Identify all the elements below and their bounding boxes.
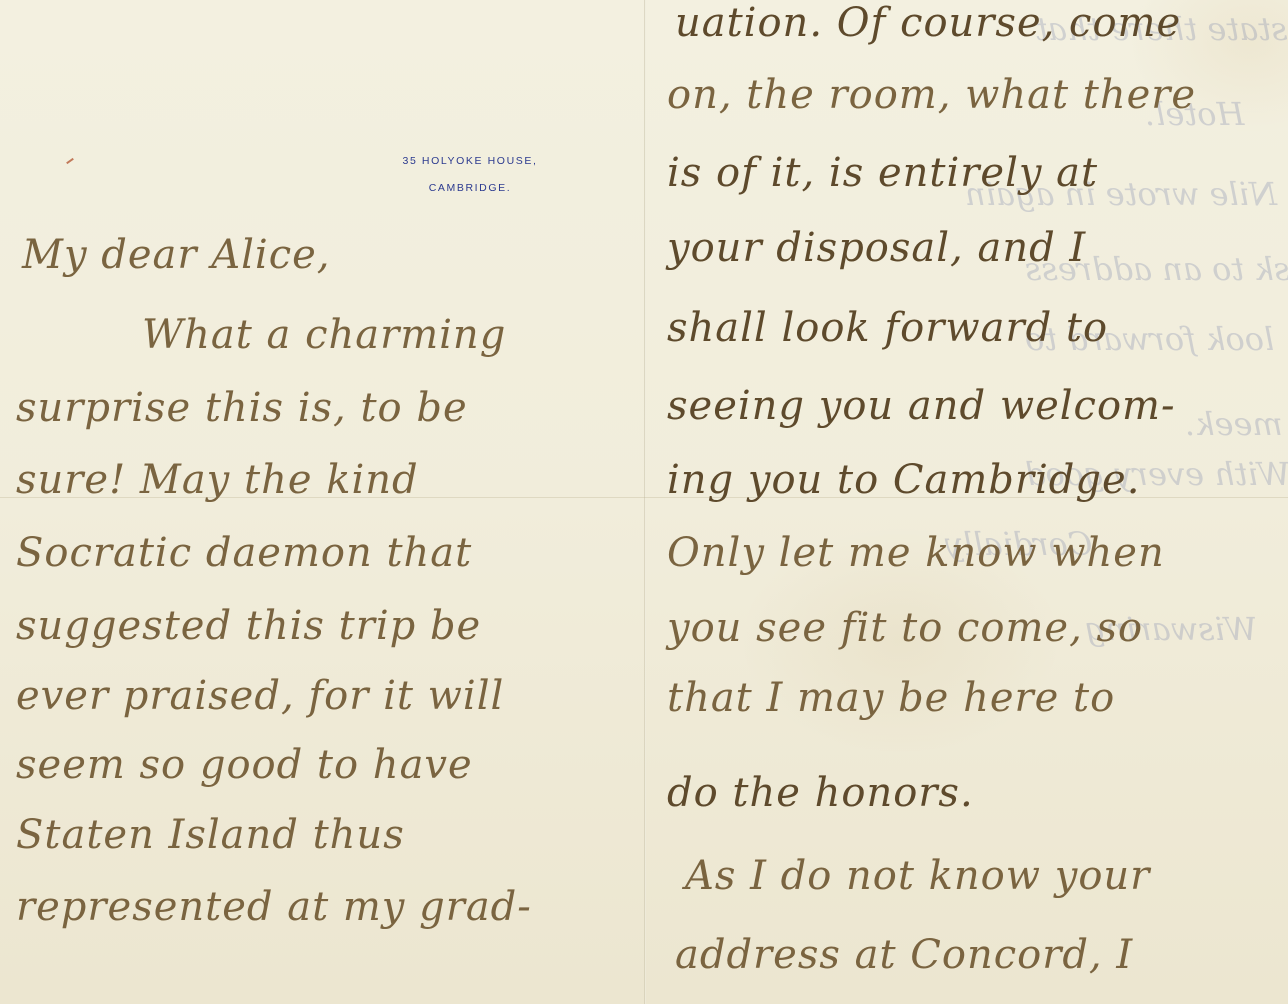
letter-line: do the honors. xyxy=(667,770,974,816)
bleed-through-text: meek. xyxy=(1185,405,1283,443)
letterhead-address: 35 HOLYOKE HOUSE, xyxy=(380,148,560,175)
letter-scan: 35 HOLYOKE HOUSE, CAMBRIDGE. My dear Ali… xyxy=(0,0,1288,1004)
right-page: state there that Hotel. Nile wrote in ag… xyxy=(645,0,1288,1004)
letter-line: represented at my grad- xyxy=(16,884,532,930)
letter-line: ever praised, for it will xyxy=(16,673,504,719)
letter-line: that I may be here to xyxy=(667,675,1115,721)
letter-line: Socratic daemon that xyxy=(16,530,472,576)
letter-line: surprise this is, to be xyxy=(16,385,468,431)
salutation: My dear Alice, xyxy=(22,232,331,278)
letter-line: is of it, is entirely at xyxy=(667,150,1098,196)
letterhead: 35 HOLYOKE HOUSE, CAMBRIDGE. xyxy=(380,148,560,202)
red-ink-mark xyxy=(66,158,74,164)
letter-line: Staten Island thus xyxy=(16,812,405,858)
letter-line: seem so good to have xyxy=(16,742,473,788)
letter-line: sure! May the kind xyxy=(16,457,419,503)
letter-line: you see fit to come, so xyxy=(667,605,1143,651)
letter-line: on, the room, what there xyxy=(667,72,1196,118)
letter-line: address at Concord, I xyxy=(675,932,1133,978)
letter-line: ing you to Cambridge. xyxy=(667,457,1140,503)
letter-line: seeing you and welcom- xyxy=(667,383,1175,429)
letter-line: your disposal, and I xyxy=(667,225,1086,271)
letter-line: What a charming xyxy=(142,312,506,358)
letter-line: shall look forward to xyxy=(667,305,1108,351)
letterhead-city: CAMBRIDGE. xyxy=(380,175,560,202)
letter-line: As I do not know your xyxy=(685,853,1150,899)
letter-line: uation. Of course, come xyxy=(675,0,1181,46)
left-page: 35 HOLYOKE HOUSE, CAMBRIDGE. My dear Ali… xyxy=(0,0,645,1004)
letter-line: Only let me know when xyxy=(667,530,1165,576)
letter-line: suggested this trip be xyxy=(16,603,481,649)
